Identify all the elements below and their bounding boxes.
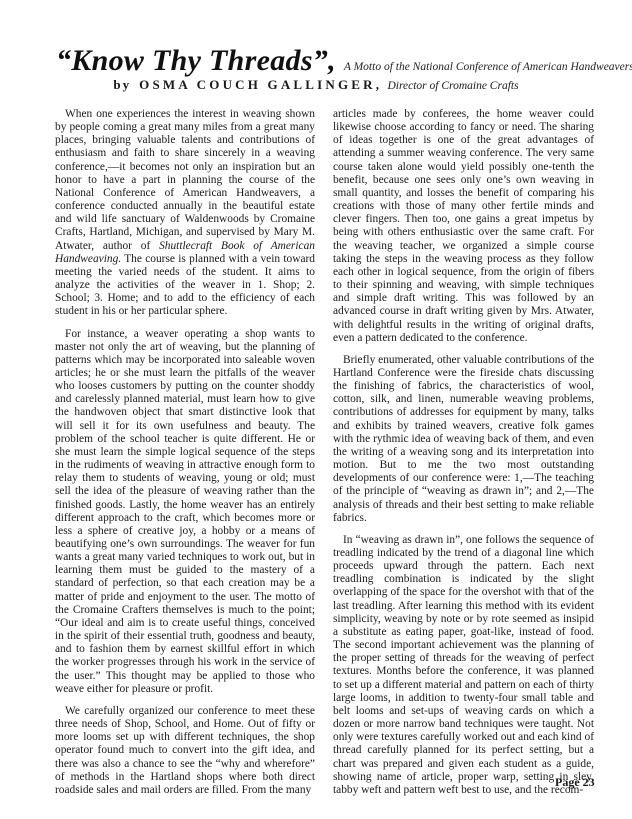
right-column: articles made by conferees, the home wea… bbox=[333, 108, 594, 806]
paragraph: Briefly enumerated, other valuable contr… bbox=[333, 354, 594, 525]
page-number: Page 23 bbox=[555, 775, 595, 790]
byline-by: by bbox=[113, 77, 131, 92]
paragraph: In “weaving as drawn in”, one follows th… bbox=[333, 534, 594, 797]
magazine-page: “Know Thy Threads”,A Motto of the Nation… bbox=[0, 0, 632, 819]
author-role: Director of Cromaine Crafts bbox=[387, 80, 518, 92]
paragraph: We carefully organized our conference to… bbox=[55, 705, 315, 797]
paragraph: For instance, a weaver operating a shop … bbox=[55, 328, 315, 696]
author-name: OSMA COUCH GALLINGER, bbox=[139, 77, 382, 92]
article-title-line: “Know Thy Threads”,A Motto of the Nation… bbox=[56, 44, 616, 78]
paragraph: When one experiences the interest in wea… bbox=[55, 108, 315, 319]
paragraph-text: When one experiences the interest in wea… bbox=[55, 108, 315, 252]
byline: byOSMA COUCH GALLINGER, Director of Crom… bbox=[0, 77, 632, 93]
article-subtitle: A Motto of the National Conference of Am… bbox=[344, 61, 632, 73]
paragraph-continued: articles made by conferees, the home wea… bbox=[333, 108, 594, 345]
article-title: “Know Thy Threads”, bbox=[56, 44, 336, 77]
left-column: When one experiences the interest in wea… bbox=[55, 108, 315, 806]
